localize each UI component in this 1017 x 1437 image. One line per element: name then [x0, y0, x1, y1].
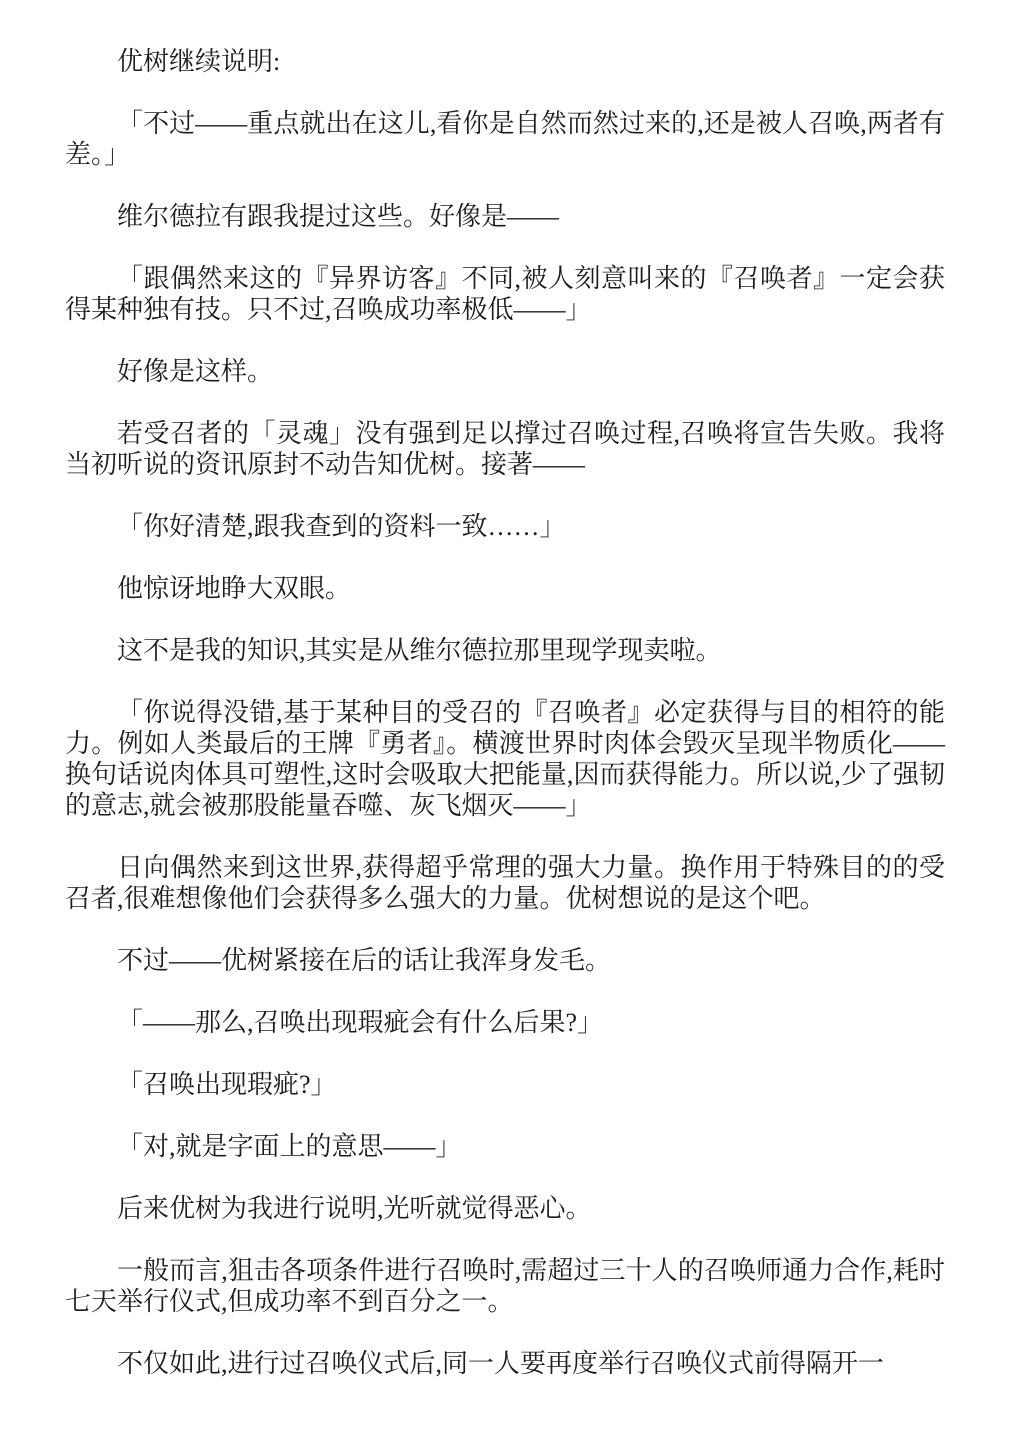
paragraph-12: 不过——优树紧接在后的话让我浑身发毛。 — [65, 945, 945, 976]
paragraph-14: 「召唤出现瑕疵?」 — [65, 1069, 945, 1100]
paragraph-7: 「你好清楚,跟我查到的资料一致……」 — [65, 511, 945, 542]
paragraph-15: 「对,就是字面上的意思——」 — [65, 1131, 945, 1162]
paragraph-10: 「你说得没错,基于某种目的受召的『召唤者』必定获得与目的相符的能力。例如人类最后… — [65, 697, 945, 821]
paragraph-11: 日向偶然来到这世界,获得超乎常理的强大力量。换作用于特殊目的的受召者,很难想像他… — [65, 852, 945, 914]
paragraph-1: 优树继续说明: — [65, 46, 945, 77]
ebook-page: 优树继续说明: 「不过——重点就出在这儿,看你是自然而然过来的,还是被人召唤,两… — [0, 0, 1017, 1437]
paragraph-5: 好像是这样。 — [65, 356, 945, 387]
paragraph-17: 一般而言,狙击各项条件进行召唤时,需超过三十人的召唤师通力合作,耗时七天举行仪式… — [65, 1255, 945, 1317]
paragraph-2: 「不过——重点就出在这儿,看你是自然而然过来的,还是被人召唤,两者有差。」 — [65, 108, 945, 170]
paragraph-18: 不仅如此,进行过召唤仪式后,同一人要再度举行召唤仪式前得隔开一 — [65, 1348, 945, 1379]
paragraph-9: 这不是我的知识,其实是从维尔德拉那里现学现卖啦。 — [65, 635, 945, 666]
paragraph-8: 他惊讶地睁大双眼。 — [65, 573, 945, 604]
novel-text-block: 优树继续说明: 「不过——重点就出在这儿,看你是自然而然过来的,还是被人召唤,两… — [65, 46, 945, 1379]
paragraph-3: 维尔德拉有跟我提过这些。好像是—— — [65, 201, 945, 232]
paragraph-13: 「——那么,召唤出现瑕疵会有什么后果?」 — [65, 1007, 945, 1038]
paragraph-6: 若受召者的「灵魂」没有强到足以撑过召唤过程,召唤将宣告失败。我将当初听说的资讯原… — [65, 418, 945, 480]
paragraph-4: 「跟偶然来这的『异界访客』不同,被人刻意叫来的『召唤者』一定会获得某种独有技。只… — [65, 263, 945, 325]
paragraph-16: 后来优树为我进行说明,光听就觉得恶心。 — [65, 1193, 945, 1224]
